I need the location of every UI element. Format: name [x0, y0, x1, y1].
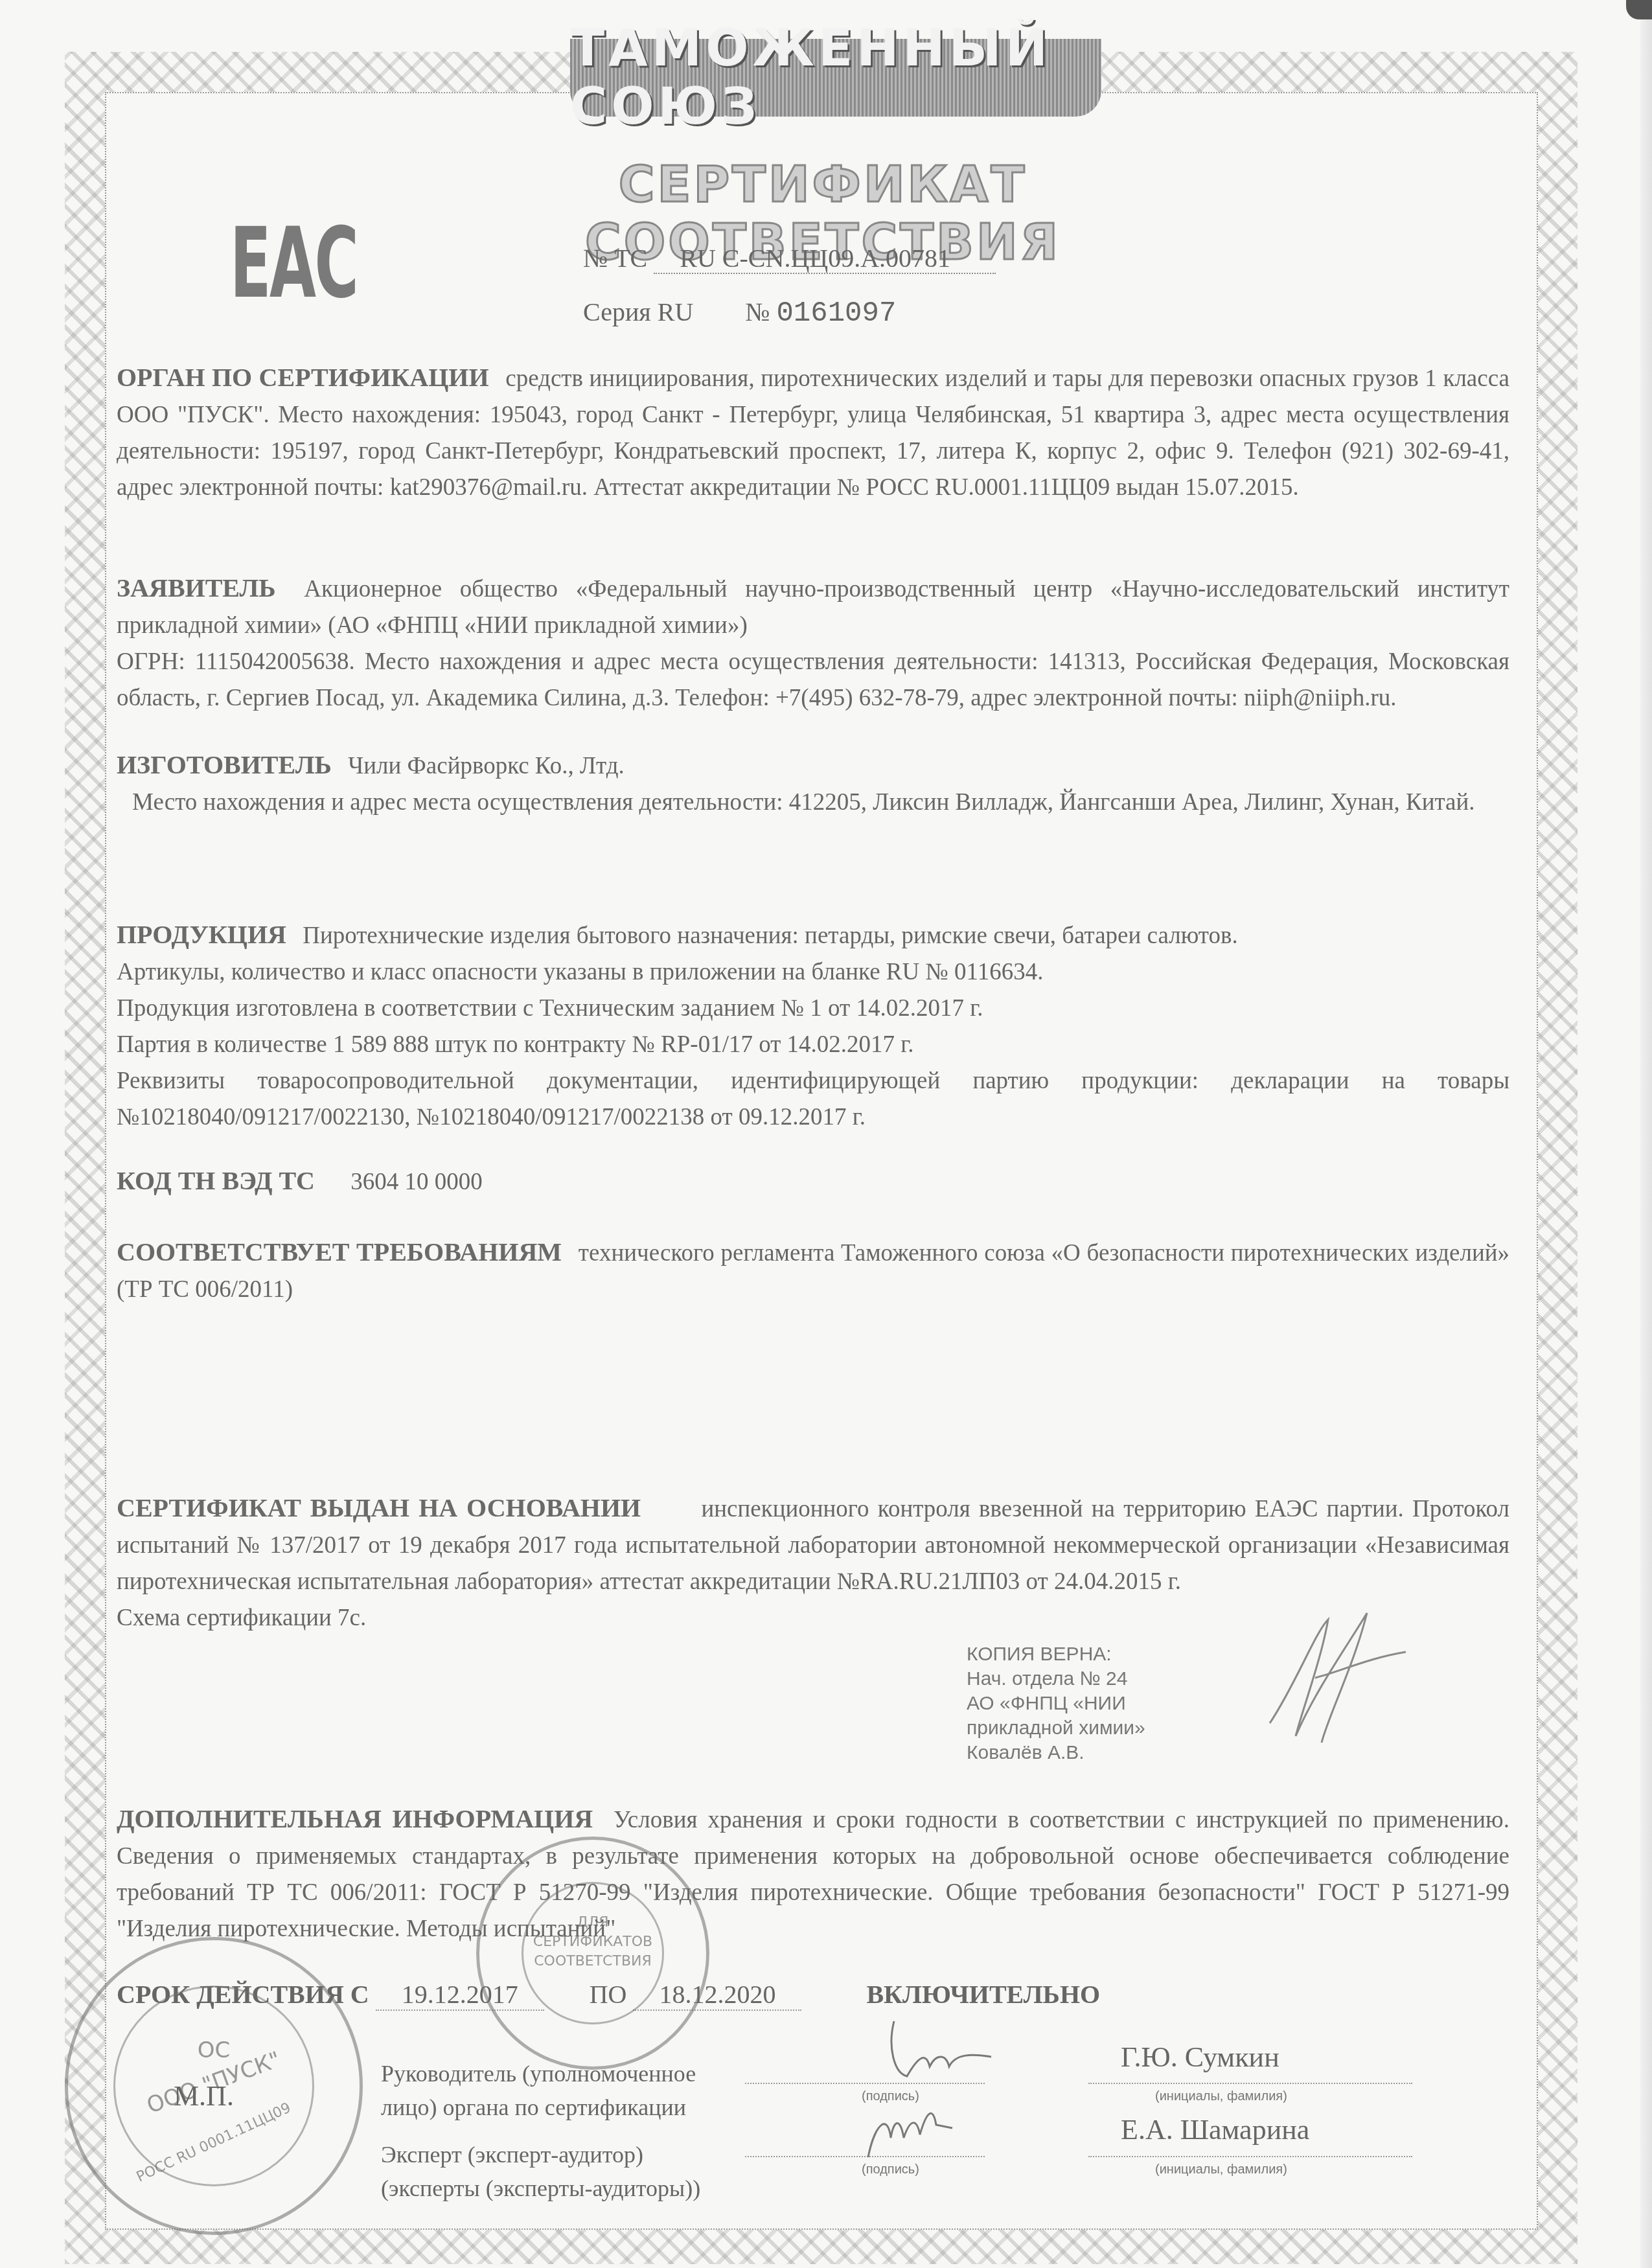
copy-certified-line: КОПИЯ ВЕРНА:: [967, 1642, 1145, 1667]
head-name: Г.Ю. Сумкин: [1121, 2041, 1279, 2074]
applicant-label: ЗАЯВИТЕЛЬ: [117, 573, 276, 602]
applicant-section: ЗАЯВИТЕЛЬ Акционерное общество «Федераль…: [117, 570, 1509, 716]
expert-name: Е.А. Шамарина: [1121, 2113, 1309, 2146]
compliance-label: СООТВЕТСТВУЕТ ТРЕБОВАНИЯМ: [117, 1237, 562, 1266]
expert-signature-caption: (подпись): [862, 2162, 919, 2177]
serial-label: №: [745, 297, 770, 326]
stamp-place-label: М.П.: [174, 2079, 234, 2113]
serial-value: 0161097: [776, 297, 896, 330]
additional-info-label: ДОПОЛНИТЕЛЬНАЯ ИНФОРМАЦИЯ: [117, 1804, 593, 1833]
head-label-line: лицо) органа по сертификации: [381, 2090, 696, 2124]
copy-certified-line: Нач. отдела № 24: [967, 1667, 1145, 1691]
copy-certified-block: КОПИЯ ВЕРНА: Нач. отдела № 24 АО «ФНПЦ «…: [967, 1642, 1145, 1765]
applicant-stamp-icon: ДЛЯ СЕРТИФИКАТОВ СООТВЕТСТВИЯ: [476, 1837, 709, 2070]
customs-union-title: ТАМОЖЕННЫЙ СОЮЗ: [570, 19, 1101, 136]
copy-certified-line: прикладной химии»: [967, 1716, 1145, 1741]
series-label: Серия RU: [583, 297, 693, 326]
head-name-line: [1088, 2083, 1412, 2084]
manufacturer-label: ИЗГОТОВИТЕЛЬ: [117, 750, 332, 779]
applicant-details: ОГРН: 1115042005638. Место нахождения и …: [117, 644, 1509, 716]
expert-label: Эксперт (эксперт-аудитор) (эксперты (экс…: [381, 2138, 700, 2205]
copy-signature-icon: [1257, 1607, 1425, 1756]
product-section: ПРОДУКЦИЯ Пиротехнические изделия бытово…: [117, 917, 1509, 1136]
product-line: Пиротехнические изделия бытового назначе…: [303, 922, 1238, 949]
expert-label-line: (эксперты (эксперты-аудиторы)): [381, 2171, 700, 2205]
manufacturer-section: ИЗГОТОВИТЕЛЬ Чили Фасйрворкс Ко., Лтд. М…: [117, 747, 1509, 821]
product-line: Продукция изготовлена в соответствии с Т…: [117, 991, 1509, 1027]
validity-suffix: ВКЛЮЧИТЕЛЬНО: [866, 1980, 1100, 2009]
scan-corner: [1626, 0, 1652, 19]
product-label: ПРОДУКЦИЯ: [117, 920, 286, 949]
basis-label: СЕРТИФИКАТ ВЫДАН НА ОСНОВАНИИ: [117, 1493, 641, 1522]
certificate-number-label: № ТС: [583, 244, 647, 273]
certificate-number-value: RU C-CN.ЦЦ09.А.00781: [654, 244, 996, 274]
copy-certified-line: АО «ФНПЦ «НИИ: [967, 1691, 1145, 1716]
tnved-section: КОД ТН ВЭД ТС 3604 10 0000: [117, 1163, 1509, 1200]
tnved-label: КОД ТН ВЭД ТС: [117, 1166, 315, 1195]
manufacturer-address: Место нахождения и адрес места осуществл…: [117, 785, 1509, 821]
tnved-value: 3604 10 0000: [350, 1169, 483, 1195]
certification-body-section: ОРГАН ПО СЕРТИФИКАЦИИ средств инициирова…: [117, 360, 1509, 506]
head-name-caption: (инициалы, фамилия): [1155, 2089, 1287, 2104]
scan-edge: [1640, 0, 1652, 2268]
expert-signature-icon: [862, 2099, 959, 2164]
applicant-text: Акционерное общество «Федеральный научно…: [117, 576, 1509, 639]
expert-name-caption: (инициалы, фамилия): [1155, 2162, 1287, 2177]
customs-union-banner: ТАМОЖЕННЫЙ СОЮЗ: [570, 39, 1101, 117]
eac-logo-icon: ЕАС: [230, 207, 357, 320]
additional-info-section: ДОПОЛНИТЕЛЬНАЯ ИНФОРМАЦИЯ Условия хранен…: [117, 1801, 1509, 1947]
compliance-section: СООТВЕТСТВУЕТ ТРЕБОВАНИЯМ технического р…: [117, 1234, 1509, 1308]
head-label-line: Руководитель (уполномоченное: [381, 2057, 696, 2090]
head-label: Руководитель (уполномоченное лицо) орган…: [381, 2057, 696, 2124]
certificate-number: № ТС RU C-CN.ЦЦ09.А.00781: [583, 243, 996, 273]
certification-body-label: ОРГАН ПО СЕРТИФИКАЦИИ: [117, 363, 489, 392]
product-line: Артикулы, количество и класс опасности у…: [117, 954, 1509, 991]
expert-name-line: [1088, 2156, 1412, 2157]
copy-certified-line: Ковалёв А.В.: [967, 1741, 1145, 1765]
product-line: Партия в количестве 1 589 888 штук по ко…: [117, 1027, 1509, 1063]
certificate-serial: Серия RU № 0161097: [583, 297, 896, 330]
head-signature-icon: [881, 2015, 998, 2086]
expert-label-line: Эксперт (эксперт-аудитор): [381, 2138, 700, 2171]
manufacturer-name: Чили Фасйрворкс Ко., Лтд.: [348, 753, 625, 779]
product-line: Реквизиты товаросопроводительной докумен…: [117, 1063, 1509, 1136]
